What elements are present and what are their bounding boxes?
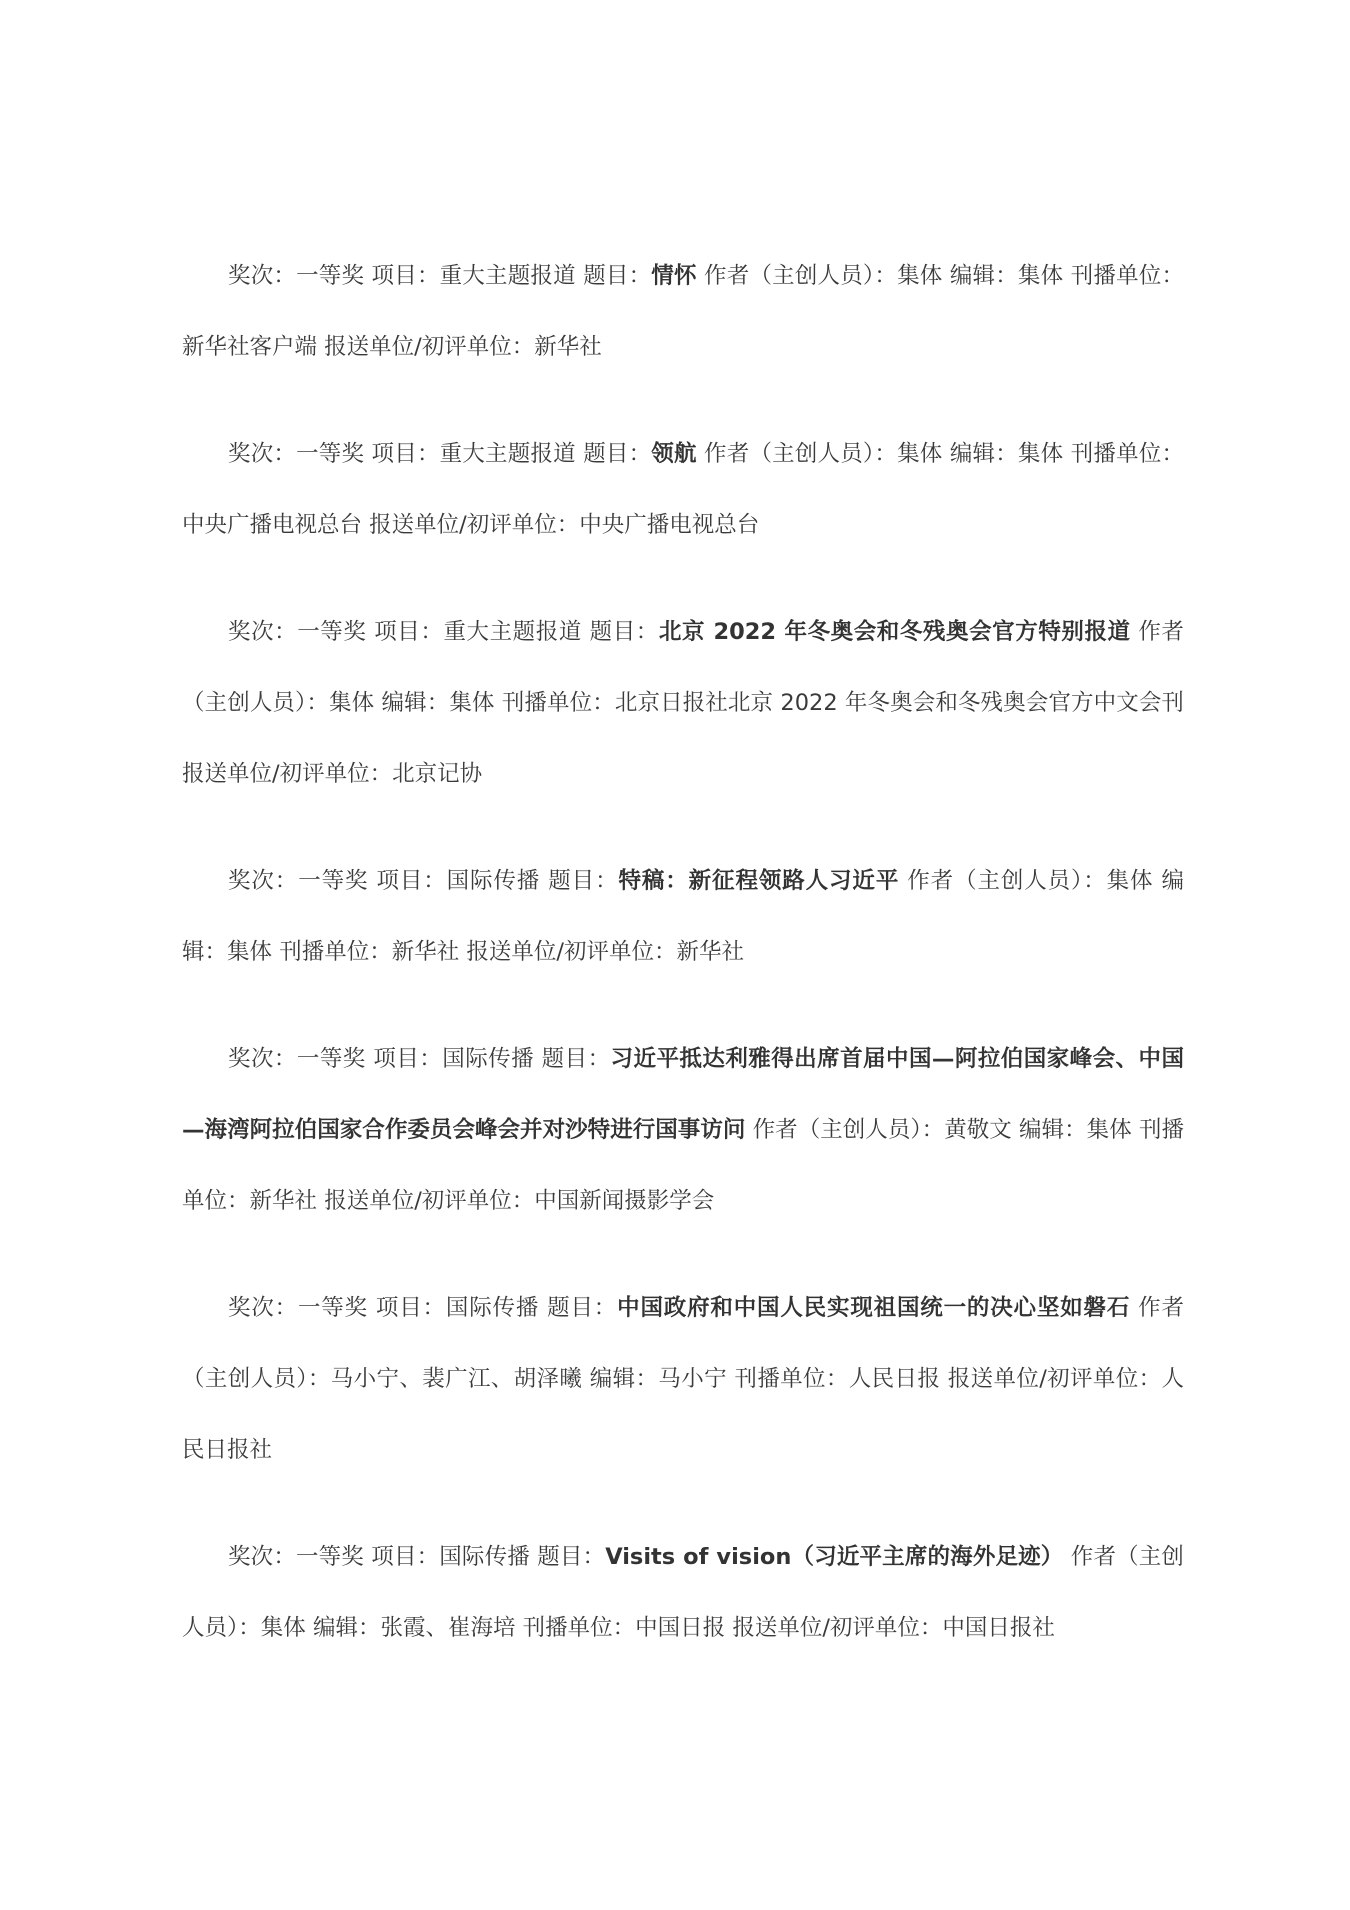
award-value: 一等奖 <box>296 1544 364 1570</box>
project-value: 国际传播 <box>442 1046 534 1072</box>
project-value: 国际传播 <box>439 1544 530 1570</box>
title-value: 北京 2022 年冬奥会和冬残奥会官方特别报道 <box>659 619 1131 645</box>
award-entry-6: 奖次：一等奖 项目：国际传播 题目：中国政府和中国人民实现祖国统一的决心坚如磐石… <box>182 1273 1184 1486</box>
publisher-label: 刊播单位： <box>502 690 615 716</box>
publisher-value: 中国日报 <box>635 1615 725 1641</box>
publisher-value: 人民日报 <box>849 1366 940 1392</box>
award-value: 一等奖 <box>297 1046 366 1072</box>
project-value: 国际传播 <box>446 1295 539 1321</box>
award-entry-1: 奖次：一等奖 项目：重大主题报道 题目：情怀 作者（主创人员）：集体 编辑：集体… <box>182 241 1184 383</box>
award-entry-3: 奖次：一等奖 项目：重大主题报道 题目：北京 2022 年冬奥会和冬残奥会官方特… <box>182 597 1184 810</box>
author-label: 作者（主创人员）： <box>753 1117 945 1143</box>
author-value: 集体 <box>897 263 942 289</box>
award-label: 奖次： <box>228 619 297 645</box>
project-label: 项目： <box>371 1544 439 1570</box>
editor-value: 张霞、崔海培 <box>380 1615 515 1641</box>
award-label: 奖次： <box>228 868 298 894</box>
author-label: 作者（主创人员）： <box>704 263 897 289</box>
editor-label: 编辑： <box>590 1366 659 1392</box>
award-entry-2: 奖次：一等奖 项目：重大主题报道 题目：领航 作者（主创人员）：集体 编辑：集体… <box>182 419 1184 561</box>
publisher-value: 中央广播电视总台 <box>182 512 362 538</box>
author-value: 集体 <box>1107 868 1154 894</box>
submitter-value: 新华社 <box>534 334 602 360</box>
project-label: 项目： <box>373 1046 442 1072</box>
award-entry-7: 奖次：一等奖 项目：国际传播 题目：Visits of vision（习近平主席… <box>182 1522 1184 1664</box>
submitter-label: 报送单位/初评单位： <box>948 1366 1162 1392</box>
award-value: 一等奖 <box>296 441 364 467</box>
project-value: 重大主题报道 <box>440 441 576 467</box>
award-value: 一等奖 <box>297 619 366 645</box>
publisher-value: 新华社客户端 <box>182 334 317 360</box>
submitter-value: 北京记协 <box>392 761 482 787</box>
editor-label: 编辑： <box>1019 1117 1087 1143</box>
publisher-value: 新华社 <box>392 939 460 965</box>
title-value: 领航 <box>651 441 696 467</box>
author-value: 黄敬文 <box>944 1117 1012 1143</box>
publisher-value: 北京日报社北京 2022 年冬奥会和冬残奥会官方中文会刊 <box>615 690 1184 716</box>
project-value: 国际传播 <box>447 868 541 894</box>
submitter-value: 中国新闻摄影学会 <box>534 1188 714 1214</box>
award-label: 奖次： <box>228 1295 298 1321</box>
award-label: 奖次： <box>228 1046 297 1072</box>
submitter-label: 报送单位/初评单位： <box>369 512 579 538</box>
title-label: 题目： <box>537 1544 605 1570</box>
editor-value: 集体 <box>227 939 272 965</box>
editor-label: 编辑： <box>382 690 450 716</box>
publisher-label: 刊播单位： <box>523 1615 636 1641</box>
title-label: 题目： <box>583 263 651 289</box>
submitter-value: 中央广播电视总台 <box>579 512 759 538</box>
award-value: 一等奖 <box>296 263 364 289</box>
project-label: 项目： <box>376 1295 446 1321</box>
project-value: 重大主题报道 <box>440 263 576 289</box>
author-value: 集体 <box>897 441 942 467</box>
editor-label: 编辑： <box>950 441 1018 467</box>
submitter-label: 报送单位/初评单位： <box>324 334 534 360</box>
title-label: 题目： <box>583 441 651 467</box>
author-label: 作者（主创人员）： <box>907 868 1106 894</box>
author-value: 马小宁、裴广江、胡泽曦 <box>331 1366 582 1392</box>
award-label: 奖次： <box>228 1544 296 1570</box>
submitter-label: 报送单位/初评单位： <box>732 1615 942 1641</box>
project-label: 项目： <box>374 619 443 645</box>
award-label: 奖次： <box>228 263 296 289</box>
title-value: 情怀 <box>651 263 696 289</box>
project-label: 项目： <box>372 441 440 467</box>
submitter-value: 新华社 <box>676 939 744 965</box>
editor-value: 马小宁 <box>658 1366 727 1392</box>
award-value: 一等奖 <box>298 1295 368 1321</box>
project-label: 项目： <box>372 263 440 289</box>
project-label: 项目： <box>376 868 446 894</box>
submitter-label: 报送单位/初评单位： <box>182 761 392 787</box>
submitter-label: 报送单位/初评单位： <box>466 939 676 965</box>
editor-value: 集体 <box>449 690 494 716</box>
title-value: 中国政府和中国人民实现祖国统一的决心坚如磐石 <box>617 1295 1130 1321</box>
award-label: 奖次： <box>228 441 296 467</box>
title-label: 题目： <box>590 619 659 645</box>
title-value: Visits of vision（习近平主席的海外足迹） <box>605 1544 1063 1570</box>
document-page: 奖次：一等奖 项目：重大主题报道 题目：情怀 作者（主创人员）：集体 编辑：集体… <box>182 241 1184 1700</box>
publisher-value: 新华社 <box>250 1188 318 1214</box>
author-value: 集体 <box>261 1615 306 1641</box>
publisher-label: 刊播单位： <box>1071 263 1184 289</box>
submitter-label: 报送单位/初评单位： <box>324 1188 534 1214</box>
publisher-label: 刊播单位： <box>279 939 392 965</box>
publisher-label: 刊播单位： <box>1071 441 1184 467</box>
project-value: 重大主题报道 <box>443 619 581 645</box>
title-label: 题目： <box>542 1046 611 1072</box>
author-value: 集体 <box>329 690 374 716</box>
submitter-value: 中国日报社 <box>942 1615 1055 1641</box>
publisher-label: 刊播单位： <box>734 1366 848 1392</box>
award-value: 一等奖 <box>298 868 368 894</box>
award-entry-5: 奖次：一等奖 项目：国际传播 题目：习近平抵达利雅得出席首届中国—阿拉伯国家峰会… <box>182 1024 1184 1237</box>
title-label: 题目： <box>547 1295 617 1321</box>
title-label: 题目： <box>548 868 618 894</box>
award-entry-4: 奖次：一等奖 项目：国际传播 题目：特稿：新征程领路人习近平 作者（主创人员）：… <box>182 846 1184 988</box>
author-label: 作者（主创人员）： <box>704 441 897 467</box>
editor-label: 编辑： <box>950 263 1018 289</box>
editor-value: 集体 <box>1018 441 1063 467</box>
editor-value: 集体 <box>1087 1117 1132 1143</box>
editor-value: 集体 <box>1018 263 1063 289</box>
editor-label: 编辑： <box>313 1615 381 1641</box>
title-value: 特稿：新征程领路人习近平 <box>618 868 899 894</box>
